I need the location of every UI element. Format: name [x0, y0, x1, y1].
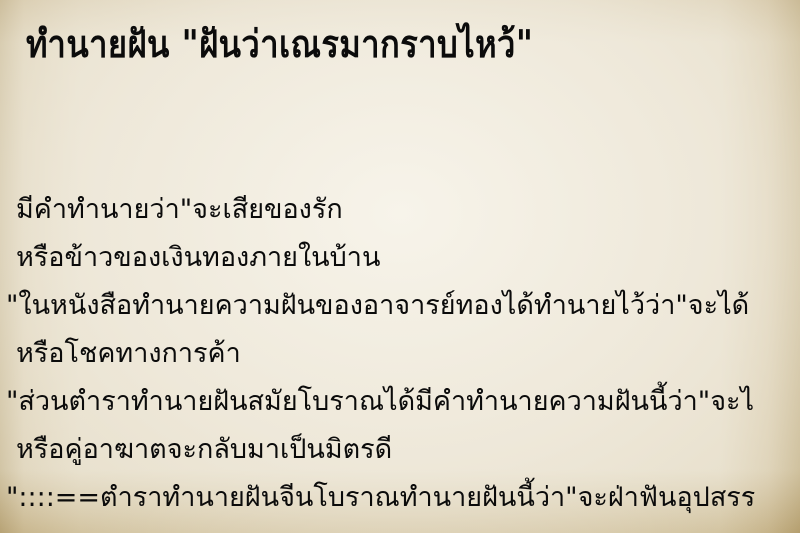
- prediction-line-7: "::::==ตำราทำนายฝันจีนโบราณทำนายฝันนี้ว่…: [6, 478, 755, 518]
- prediction-line-6: หรือคู่อาฆาตจะกลับมาเป็นมิตรดี: [16, 430, 392, 470]
- page-title: ทำนายฝัน "ฝันว่าเณรมากราบไหว้": [26, 14, 533, 74]
- prediction-line-3: "ในหนังสือทำนายความฝันของอาจารย์ทองได้ทำ…: [6, 286, 749, 326]
- prediction-line-5: "ส่วนตำราทำนายฝันสมัยโบราณได้มีคำทำนายคว…: [6, 382, 754, 422]
- prediction-line-1: มีคำทำนายว่า"จะเสียของรัก: [16, 190, 343, 230]
- prediction-line-4: หรือโชคทางการค้า: [16, 334, 241, 374]
- prediction-line-2: หรือข้าวของเงินทองภายในบ้าน: [16, 238, 380, 278]
